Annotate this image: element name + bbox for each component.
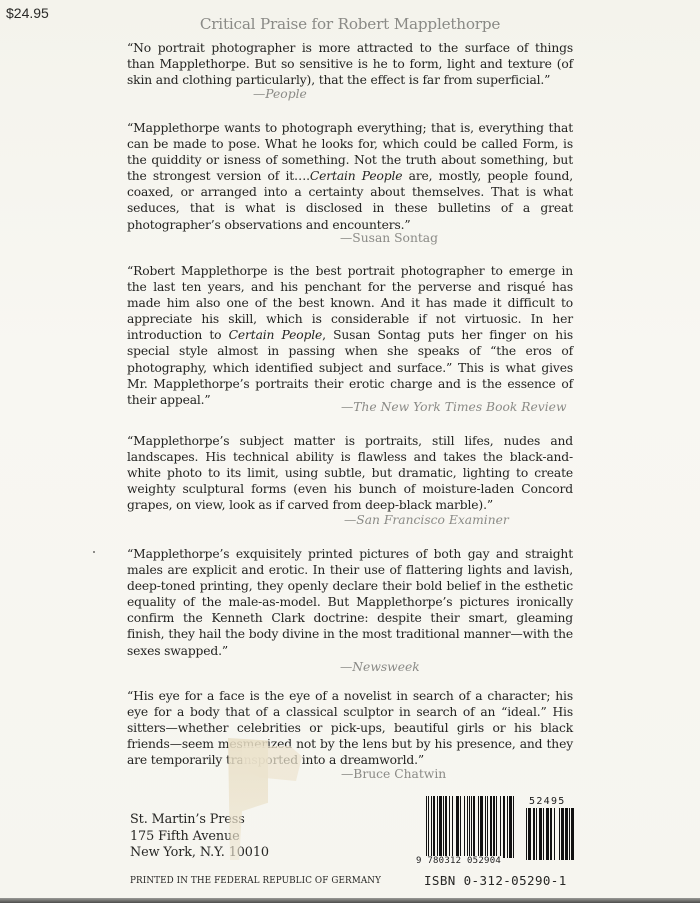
review-quote-chatwin: “His eye for a face is the eye of a nove… [127,688,573,768]
printed-in-label: PRINTED IN THE FEDERAL REPUBLIC OF GERMA… [130,876,381,886]
review-quote-nyt: “Robert Mapplethorpe is the best portrai… [127,263,573,408]
barcode-bar [513,796,514,858]
book-title-italic: Certain People [229,328,322,342]
barcode-ean [426,796,514,858]
book-title-italic: Certain People [310,169,402,183]
cover-bottom-edge [0,898,700,903]
quote-source: —Newsweek [340,660,420,674]
barcode-digits: 9 780312 052904 [415,856,502,866]
quote-text: “No portrait photographer is more attrac… [127,40,573,88]
barcode-bar [571,808,573,860]
review-quote-newsweek: “Mapplethorpe’s exquisitely printed pict… [127,546,573,659]
publisher-address: St. Martin’s Press 175 Fifth Avenue New … [130,812,269,862]
quote-source: —Bruce Chatwin [341,767,446,781]
publisher-name: St. Martin’s Press [130,812,269,829]
isbn-label: ISBN 0-312-05290-1 [424,873,567,888]
quote-text: “Mapplethorpe wants to photograph everyt… [127,120,573,233]
review-quote-people: “No portrait photographer is more attrac… [127,40,573,88]
paper-speck [93,551,95,553]
barcode-price-addon [526,808,574,860]
quote-text: “His eye for a face is the eye of a nove… [127,688,573,768]
barcode-addon-digits: 52495 [529,796,566,807]
quote-source: —People [253,87,307,101]
review-quote-sf-examiner: “Mapplethorpe’s subject matter is portra… [127,433,573,513]
quote-text: “Mapplethorpe’s exquisitely printed pict… [127,546,573,659]
quote-text: “Mapplethorpe’s subject matter is portra… [127,433,573,513]
publisher-city: New York, N.Y. 10010 [130,845,269,862]
quote-source: —The New York Times Book Review [341,400,566,414]
page-title: Critical Praise for Robert Mapplethorpe [0,15,700,33]
quote-source: —San Francisco Examiner [344,513,509,527]
quote-source: —Susan Sontag [340,231,438,245]
quote-text: “Robert Mapplethorpe is the best portrai… [127,263,573,408]
review-quote-sontag: “Mapplethorpe wants to photograph everyt… [127,120,573,233]
publisher-street: 175 Fifth Avenue [130,829,269,846]
